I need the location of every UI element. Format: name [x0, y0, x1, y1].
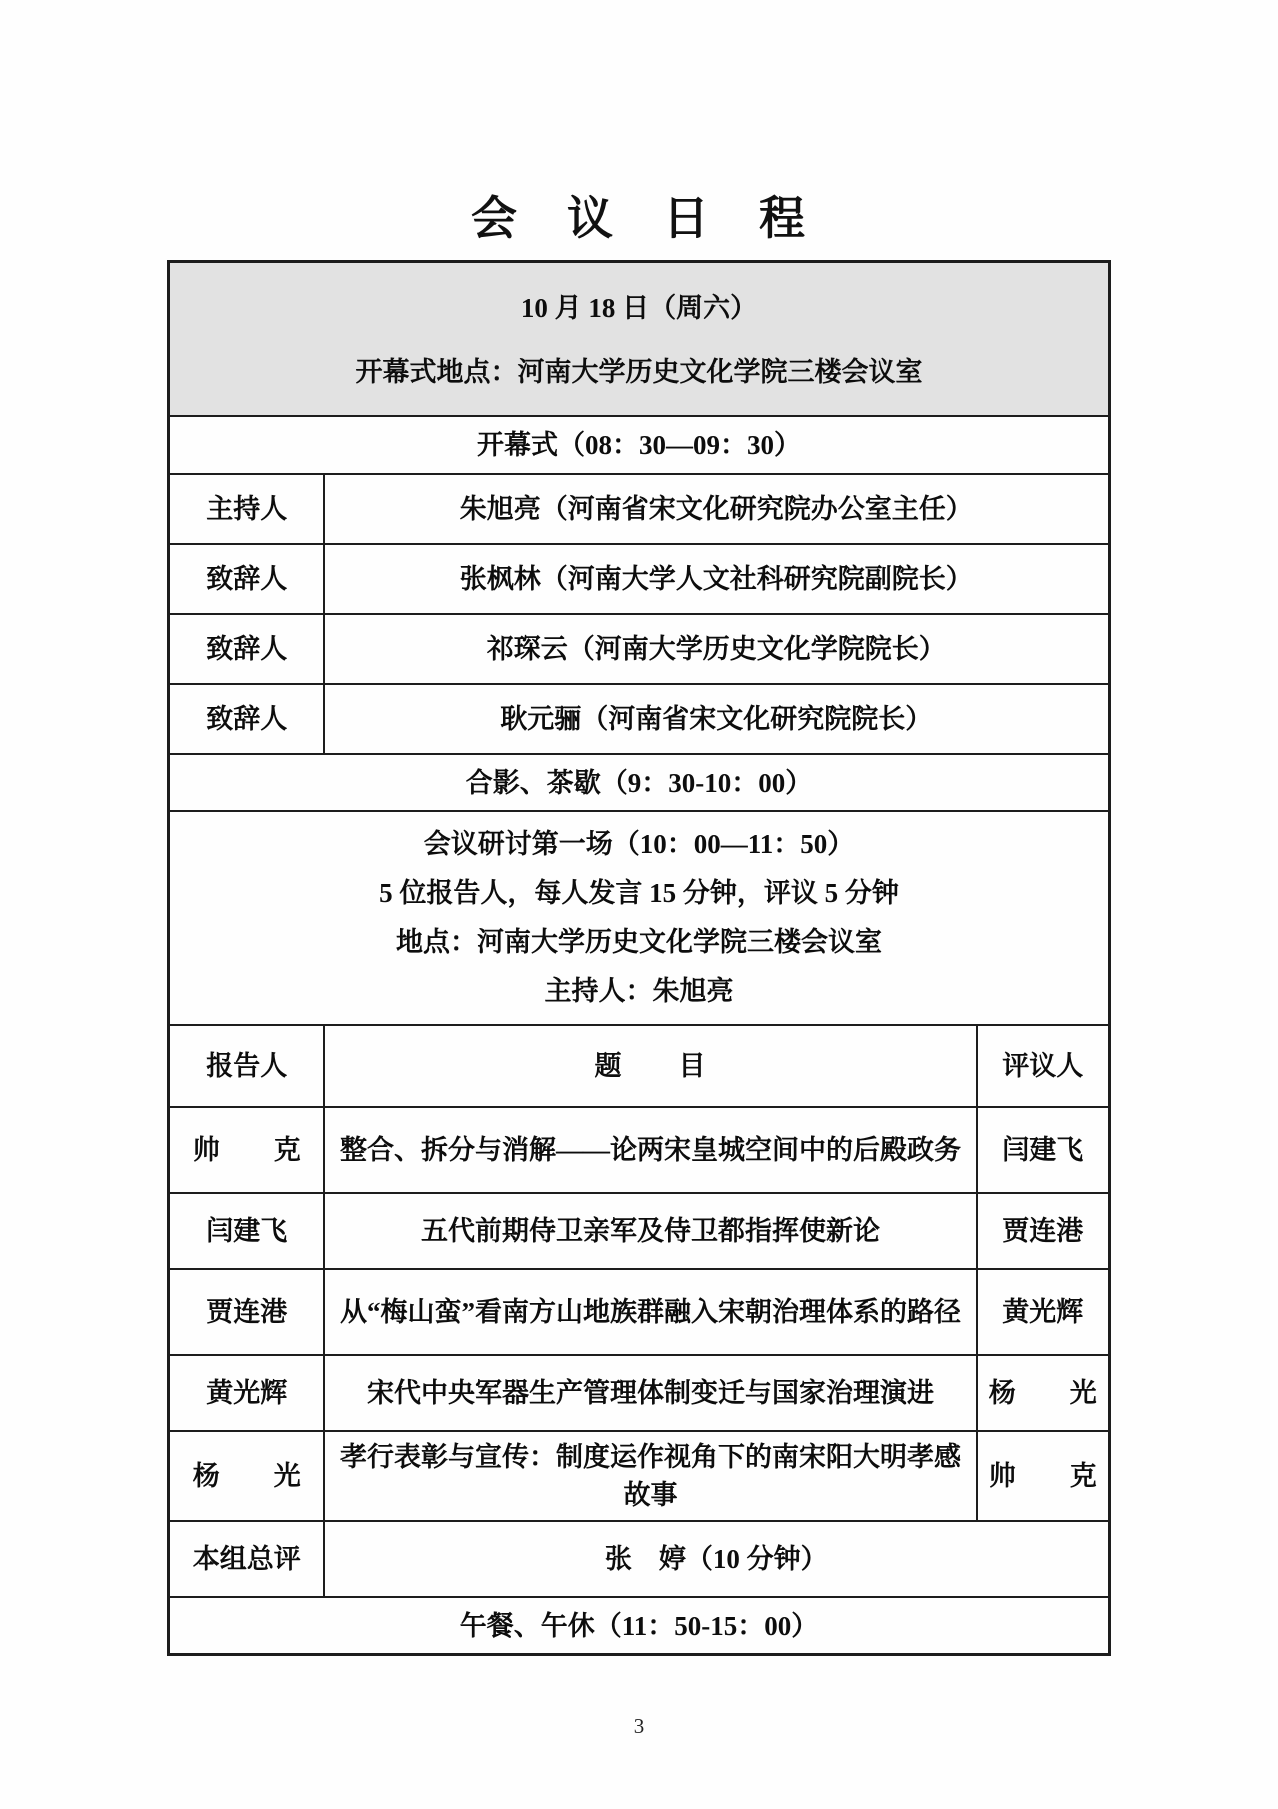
session-host: 主持人：朱旭亮 — [180, 967, 1097, 1016]
session-date: 10 月 18 日（周六） — [180, 289, 1097, 327]
paper-row-3: 贾连港 从“梅山蛮”看南方山地族群融入宋朝治理体系的路径 黄光辉 — [169, 1269, 1109, 1355]
paper-row-5: 杨 光 孝行表彰与宣传：制度运作视角下的南宋阳大明孝感故事 帅 克 — [169, 1431, 1109, 1521]
date-header-row: 10 月 18 日（周六） 开幕式地点：河南大学历史文化学院三楼会议室 — [169, 262, 1109, 417]
session-title: 会议研讨第一场（10：00—11：50） — [180, 820, 1097, 869]
opening-row-host: 主持人 朱旭亮（河南省宋文化研究院办公室主任） — [169, 474, 1109, 544]
presenter-name: 贾连港 — [169, 1269, 324, 1355]
role-label: 致辞人 — [169, 544, 324, 614]
break-row-photo-tea: 合影、茶歇（9：30-10：00） — [169, 754, 1109, 811]
break-row-lunch: 午餐、午休（11：50-15：00） — [169, 1597, 1109, 1655]
role-label: 主持人 — [169, 474, 324, 544]
paper-title: 宋代中央军器生产管理体制变迁与国家治理演进 — [324, 1355, 977, 1431]
role-label: 致辞人 — [169, 614, 324, 684]
paper-title: 整合、拆分与消解——论两宋皇城空间中的后殿政务 — [324, 1107, 977, 1193]
document-page: 会 议 日 程 10 月 18 日（周六） 开幕式地点：河南大学历史文化学院三楼… — [0, 0, 1278, 1809]
discussant-name: 闫建飞 — [977, 1107, 1109, 1193]
paper-row-1: 帅 克 整合、拆分与消解——论两宋皇城空间中的后殿政务 闫建飞 — [169, 1107, 1109, 1193]
person-name: 张枫林（河南大学人文社科研究院副院长） — [324, 544, 1109, 614]
presenter-name: 帅 克 — [169, 1107, 324, 1193]
opening-location: 开幕式地点：河南大学历史文化学院三楼会议室 — [180, 353, 1097, 391]
paper-title: 五代前期侍卫亲军及侍卫都指挥使新论 — [324, 1193, 977, 1269]
summary-label: 本组总评 — [169, 1521, 324, 1597]
summary-row: 本组总评 张 婷（10 分钟） — [169, 1521, 1109, 1597]
opening-row-speaker-3: 致辞人 耿元骊（河南省宋文化研究院院长） — [169, 684, 1109, 754]
summary-value: 张 婷（10 分钟） — [324, 1521, 1109, 1597]
agenda-table: 10 月 18 日（周六） 开幕式地点：河南大学历史文化学院三楼会议室 开幕式（… — [167, 260, 1110, 1656]
date-header-cell: 10 月 18 日（周六） 开幕式地点：河南大学历史文化学院三楼会议室 — [169, 262, 1109, 417]
session-note: 5 位报告人，每人发言 15 分钟，评议 5 分钟 — [180, 869, 1097, 918]
discussant-name: 黄光辉 — [977, 1269, 1109, 1355]
discussant-name: 贾连港 — [977, 1193, 1109, 1269]
discussant-name: 帅 克 — [977, 1431, 1109, 1521]
page-number: 3 — [0, 1714, 1278, 1739]
session-info-cell: 会议研讨第一场（10：00—11：50） 5 位报告人，每人发言 15 分钟，评… — [169, 811, 1109, 1025]
opening-title: 开幕式（08：30—09：30） — [169, 416, 1109, 474]
opening-title-row: 开幕式（08：30—09：30） — [169, 416, 1109, 474]
session-location: 地点：河南大学历史文化学院三楼会议室 — [180, 918, 1097, 967]
opening-row-speaker-1: 致辞人 张枫林（河南大学人文社科研究院副院长） — [169, 544, 1109, 614]
column-header-presenter: 报告人 — [169, 1025, 324, 1107]
paper-title: 孝行表彰与宣传：制度运作视角下的南宋阳大明孝感故事 — [324, 1431, 977, 1521]
presenter-name: 闫建飞 — [169, 1193, 324, 1269]
page-title: 会 议 日 程 — [0, 0, 1278, 246]
presenter-name: 黄光辉 — [169, 1355, 324, 1431]
break-label: 合影、茶歇（9：30-10：00） — [169, 754, 1109, 811]
paper-row-4: 黄光辉 宋代中央军器生产管理体制变迁与国家治理演进 杨 光 — [169, 1355, 1109, 1431]
role-label: 致辞人 — [169, 684, 324, 754]
person-name: 朱旭亮（河南省宋文化研究院办公室主任） — [324, 474, 1109, 544]
session-info-row: 会议研讨第一场（10：00—11：50） 5 位报告人，每人发言 15 分钟，评… — [169, 811, 1109, 1025]
lunch-label: 午餐、午休（11：50-15：00） — [169, 1597, 1109, 1655]
person-name: 祁琛云（河南大学历史文化学院院长） — [324, 614, 1109, 684]
column-header-row: 报告人 题 目 评议人 — [169, 1025, 1109, 1107]
paper-row-2: 闫建飞 五代前期侍卫亲军及侍卫都指挥使新论 贾连港 — [169, 1193, 1109, 1269]
presenter-name: 杨 光 — [169, 1431, 324, 1521]
opening-row-speaker-2: 致辞人 祁琛云（河南大学历史文化学院院长） — [169, 614, 1109, 684]
paper-title: 从“梅山蛮”看南方山地族群融入宋朝治理体系的路径 — [324, 1269, 977, 1355]
column-header-discussant: 评议人 — [977, 1025, 1109, 1107]
person-name: 耿元骊（河南省宋文化研究院院长） — [324, 684, 1109, 754]
column-header-title: 题 目 — [324, 1025, 977, 1107]
discussant-name: 杨 光 — [977, 1355, 1109, 1431]
